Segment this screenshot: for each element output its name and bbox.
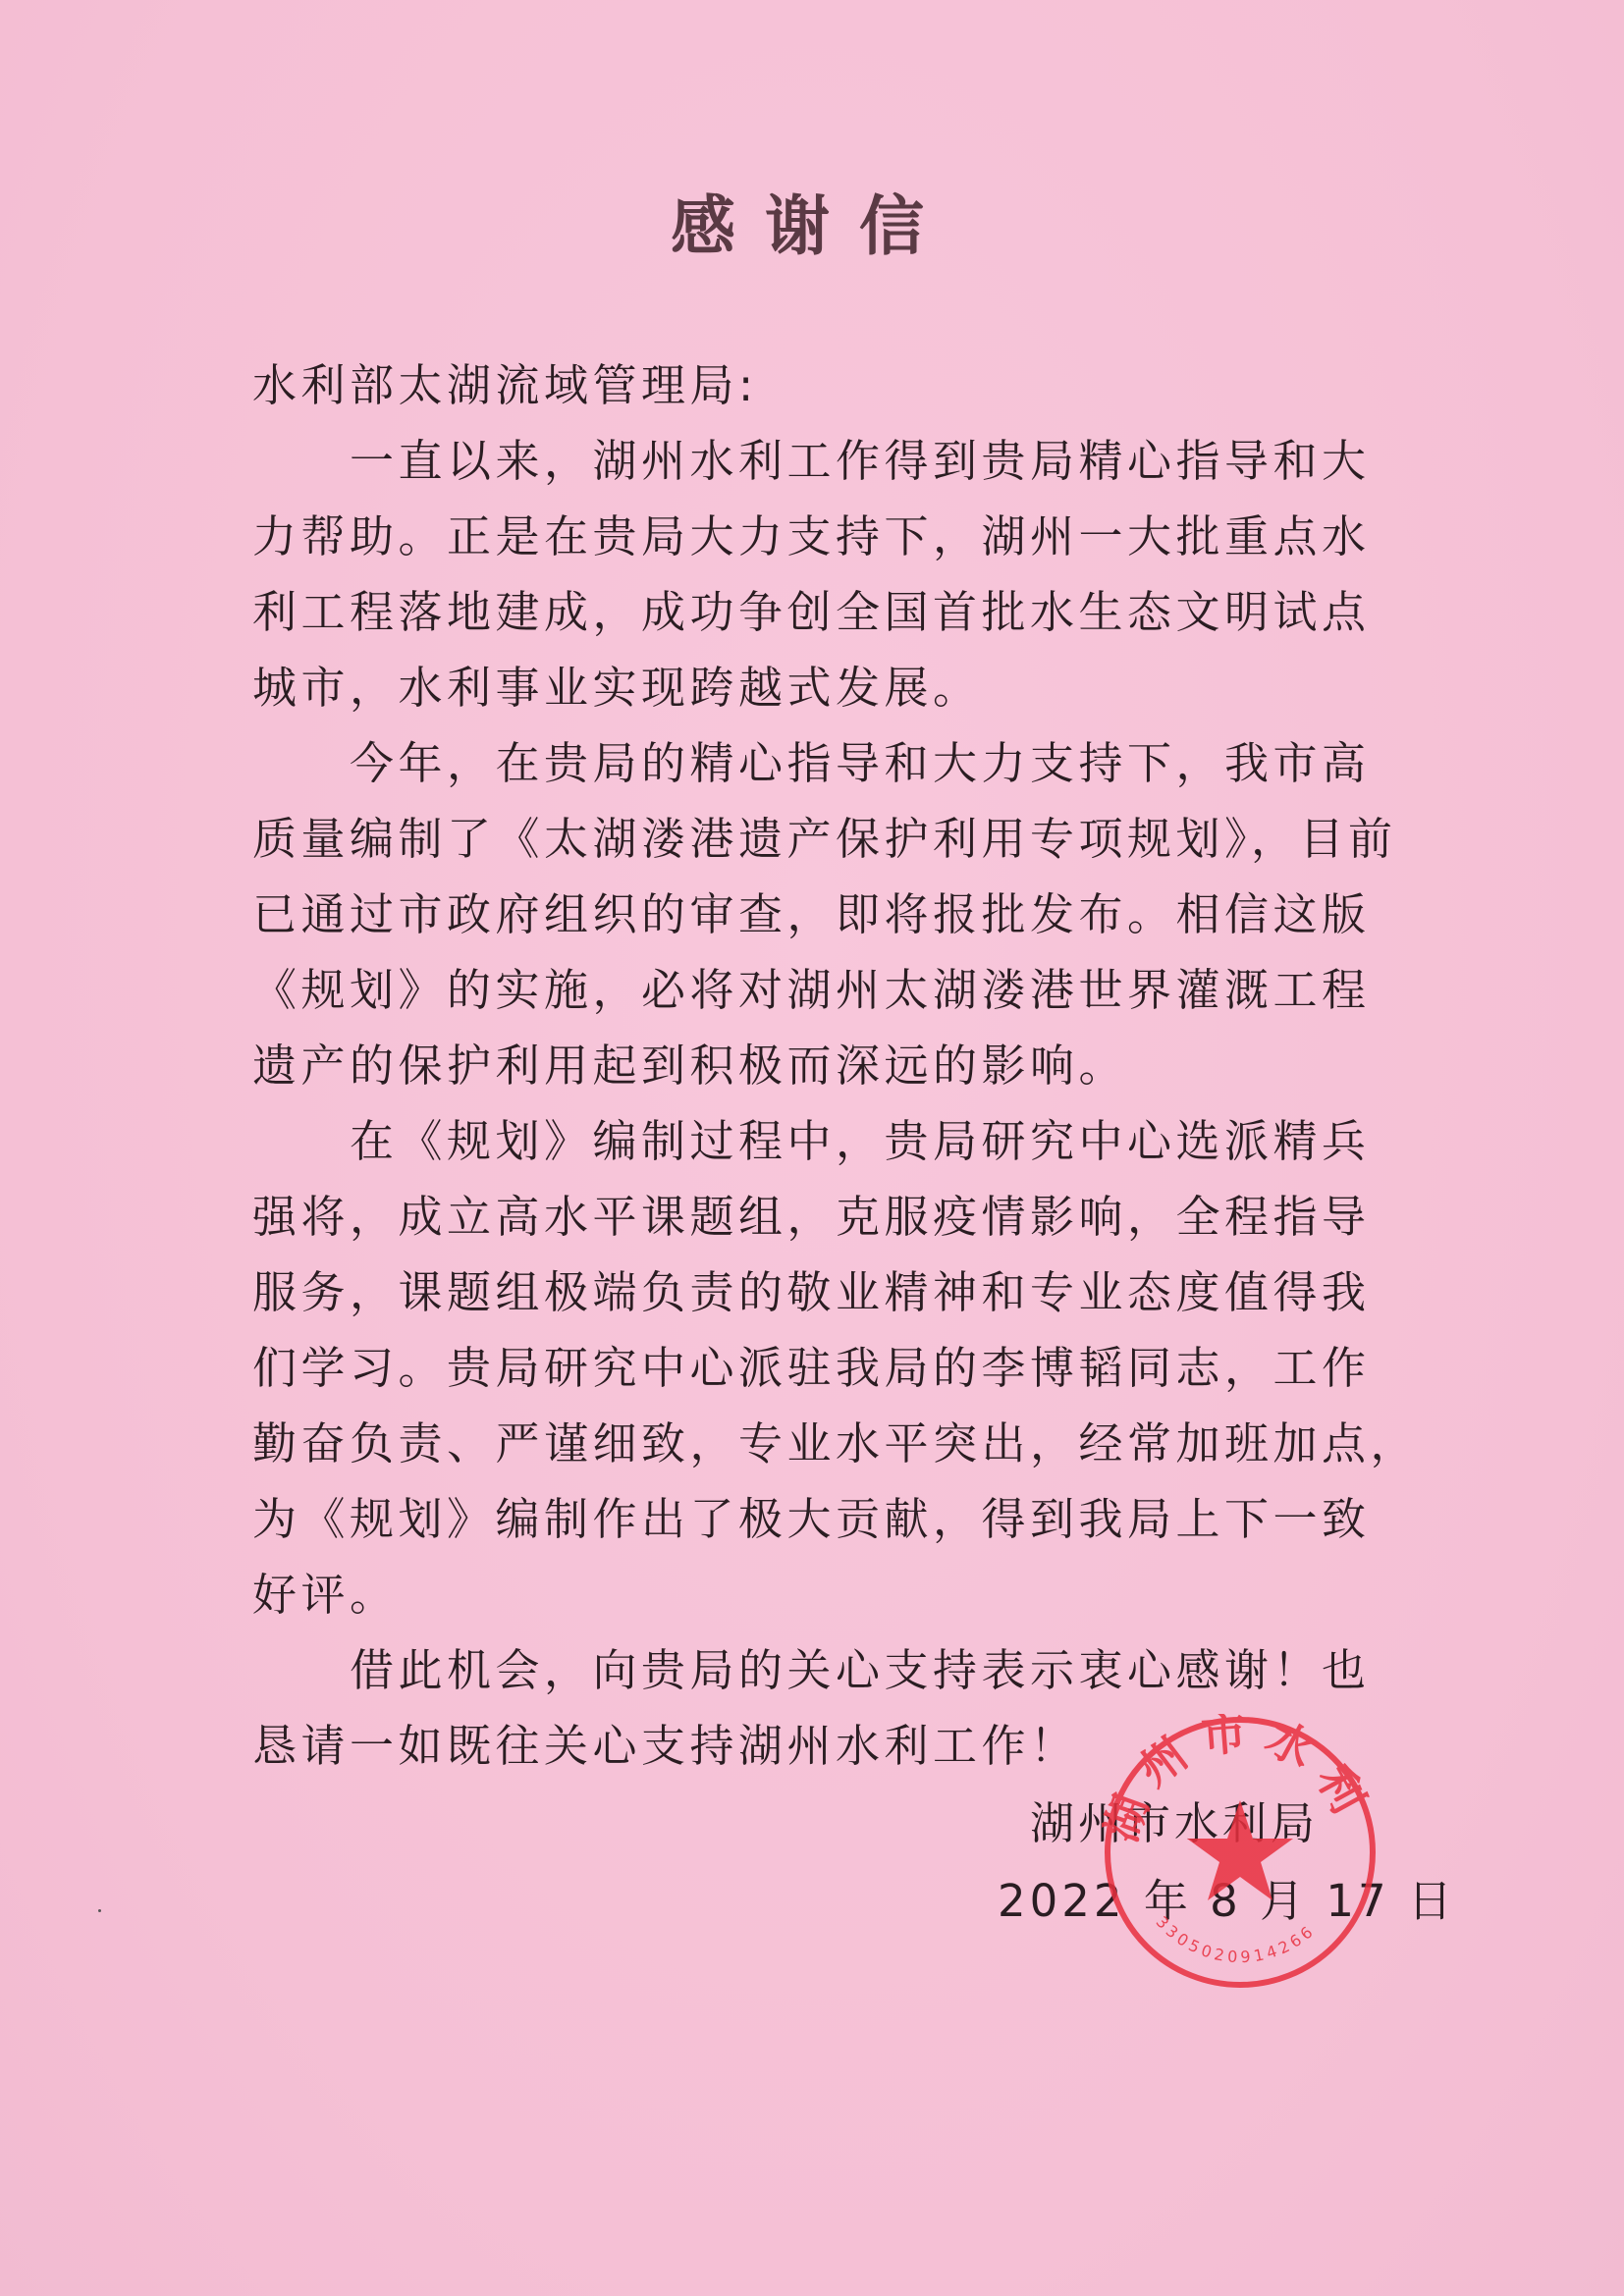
body-line: 质量编制了《太湖溇港遗产保护利用专项规划》，目前 (252, 810, 1381, 869)
body-line: 城市，水利事业实现跨越式发展。 (252, 659, 1381, 718)
body-line: 借此机会，向贵局的关心支持表示衷心感谢！也 (252, 1641, 1381, 1700)
scan-speck (98, 1909, 101, 1912)
signature: 湖州市水利局 (1030, 1794, 1319, 1853)
body-line: 《规划》的实施，必将对湖州太湖溇港世界灌溉工程 (252, 961, 1381, 1020)
letter-title: 感谢信 (0, 187, 1624, 265)
body-line: 一直以来，湖州水利工作得到贵局精心指导和大 (252, 432, 1381, 491)
body-line: 恳请一如既往关心支持湖州水利工作！ (252, 1717, 1381, 1776)
body-line: 今年，在贵局的精心指导和大力支持下，我市高 (252, 734, 1381, 793)
salutation: 水利部太湖流域管理局: (252, 356, 1381, 415)
body-line: 服务，课题组极端负责的敬业精神和专业态度值得我 (252, 1263, 1381, 1322)
body-line: 遗产的保护利用起到积极而深远的影响。 (252, 1037, 1381, 1095)
body-line: 好评。 (252, 1566, 1381, 1625)
body-line: 强将，成立高水平课题组，克服疫情影响，全程指导 (252, 1188, 1381, 1247)
body-line: 们学习。贵局研究中心派驻我局的李博韬同志，工作 (252, 1339, 1381, 1398)
date: 2022 年 8 月 17 日 (998, 1872, 1456, 1931)
body-line: 利工程落地建成，成功争创全国首批水生态文明试点 (252, 583, 1381, 642)
letter-page: 感谢信 水利部太湖流域管理局: 一直以来，湖州水利工作得到贵局精心指导和大 力帮… (0, 0, 1624, 2296)
body-line: 勤奋负责、严谨细致，专业水平突出，经常加班加点， (252, 1415, 1381, 1473)
body-line: 已通过市政府组织的审查，即将报批发布。相信这版 (252, 885, 1381, 944)
body-line: 为《规划》编制作出了极大贡献，得到我局上下一致 (252, 1490, 1381, 1549)
body-line: 在《规划》编制过程中，贵局研究中心选派精兵 (252, 1112, 1381, 1171)
body-line: 力帮助。正是在贵局大力支持下，湖州一大批重点水 (252, 507, 1381, 566)
